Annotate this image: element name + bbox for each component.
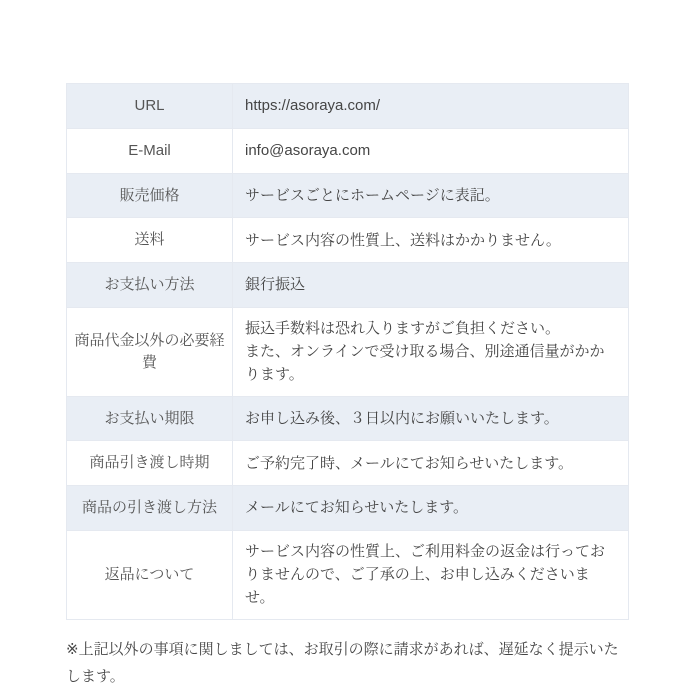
- table-row-payment-method: お支払い方法 銀行振込: [67, 263, 629, 308]
- row-label: 商品代金以外の必要経費: [67, 307, 233, 396]
- row-label: E-Mail: [67, 128, 233, 173]
- table-row-returns: 返品について サービス内容の性質上、ご利用料金の返金は行っておりませんので、ご了…: [67, 530, 629, 619]
- row-value: https://asoraya.com/: [233, 84, 629, 129]
- row-label: 販売価格: [67, 173, 233, 218]
- table-row-price: 販売価格 サービスごとにホームページに表記。: [67, 173, 629, 218]
- row-value: サービス内容の性質上、ご利用料金の返金は行っておりませんので、ご了承の上、お申し…: [233, 530, 629, 619]
- page-content: URL https://asoraya.com/ E-Mail info@aso…: [0, 0, 694, 690]
- table-row-extra-costs: 商品代金以外の必要経費 振込手数料は恐れ入りますがご負担ください。 また、オンラ…: [67, 307, 629, 396]
- row-value: 振込手数料は恐れ入りますがご負担ください。 また、オンラインで受け取る場合、別途…: [233, 307, 629, 396]
- row-value: サービス内容の性質上、送料はかかりません。: [233, 218, 629, 263]
- row-label: 商品の引き渡し方法: [67, 486, 233, 531]
- row-value: ご予約完了時、メールにてお知らせいたします。: [233, 441, 629, 486]
- row-value: 銀行振込: [233, 263, 629, 308]
- table-row-payment-deadline: お支払い期限 お申し込み後、３日以内にお願いいたします。: [67, 396, 629, 441]
- table-row-delivery-time: 商品引き渡し時期 ご予約完了時、メールにてお知らせいたします。: [67, 441, 629, 486]
- row-value: メールにてお知らせいたします。: [233, 486, 629, 531]
- table-row-delivery-method: 商品の引き渡し方法 メールにてお知らせいたします。: [67, 486, 629, 531]
- row-label: お支払い期限: [67, 396, 233, 441]
- row-value: お申し込み後、３日以内にお願いいたします。: [233, 396, 629, 441]
- commerce-info-table: URL https://asoraya.com/ E-Mail info@aso…: [66, 83, 629, 620]
- table-row-url: URL https://asoraya.com/: [67, 84, 629, 129]
- table-row-shipping: 送料 サービス内容の性質上、送料はかかりません。: [67, 218, 629, 263]
- row-label: 商品引き渡し時期: [67, 441, 233, 486]
- footnote: ※上記以外の事項に関しましては、お取引の際に請求があれば、遅延なく提示いたします…: [66, 636, 628, 690]
- row-label: お支払い方法: [67, 263, 233, 308]
- row-label: URL: [67, 84, 233, 129]
- row-value: サービスごとにホームページに表記。: [233, 173, 629, 218]
- row-label: 返品について: [67, 530, 233, 619]
- row-value: info@asoraya.com: [233, 128, 629, 173]
- row-label: 送料: [67, 218, 233, 263]
- table-row-email: E-Mail info@asoraya.com: [67, 128, 629, 173]
